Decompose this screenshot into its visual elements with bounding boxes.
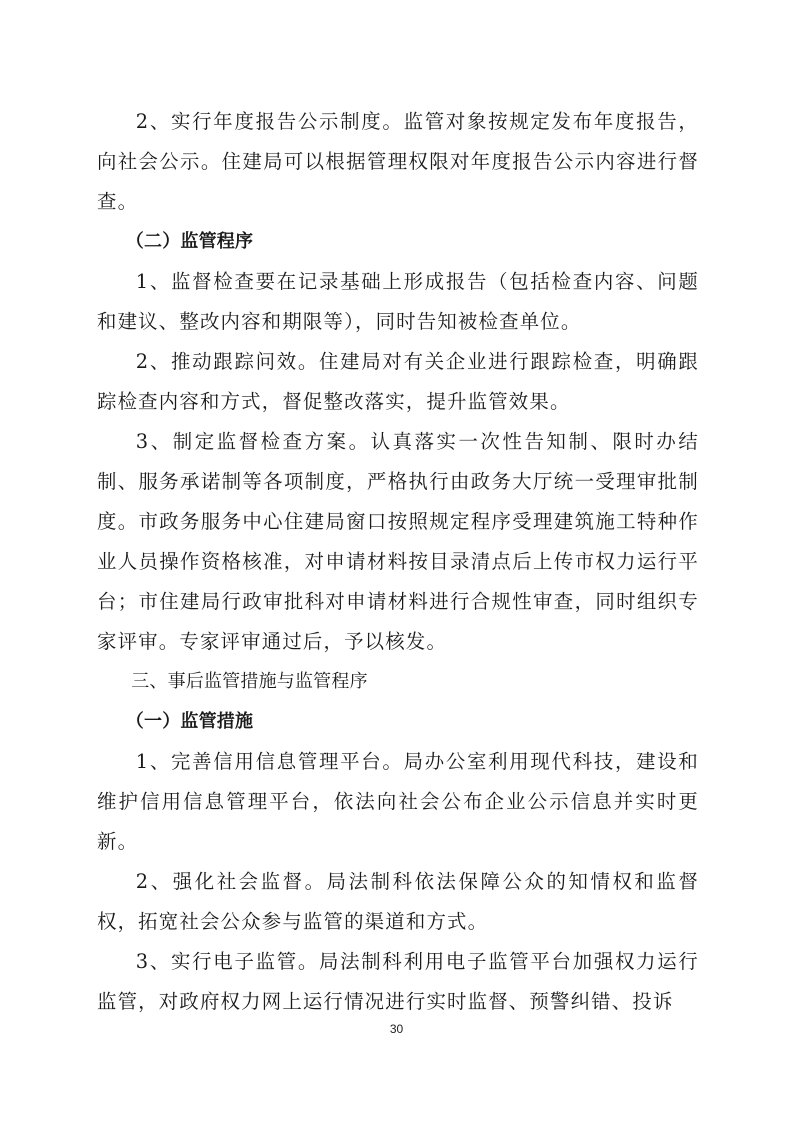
document-page: 2、实行年度报告公示制度。监管对象按规定发布年度报告，向社会公示。住建局可以根据… (97, 102, 699, 1022)
paragraph-credit-platform: 1、完善信用信息管理平台。局办公室利用现代科技，建设和维护信用信息管理平台，依法… (97, 742, 699, 862)
paragraph-annual-report: 2、实行年度报告公示制度。监管对象按规定发布年度报告，向社会公示。住建局可以根据… (97, 102, 699, 222)
heading-supervision-procedure: （二）监管程序 (97, 222, 699, 262)
paragraph-follow-up: 2、推动跟踪问效。住建局对有关企业进行跟踪检查，明确跟踪检查内容和方式，督促整改… (97, 342, 699, 422)
heading-supervision-measures: （一）监管措施 (97, 702, 699, 742)
page-number: 30 (0, 1022, 793, 1036)
paragraph-inspection-report: 1、监督检查要在记录基础上形成报告（包括检查内容、问题和建议、整改内容和期限等）… (97, 262, 699, 342)
heading-post-supervision: 三、事后监管措施与监管程序 (97, 662, 699, 702)
paragraph-social-supervision: 2、强化社会监督。局法制科依法保障公众的知情权和监督权，拓宽社会公众参与监管的渠… (97, 862, 699, 942)
paragraph-inspection-plan: 3、制定监督检查方案。认真落实一次性告知制、限时办结制、服务承诺制等各项制度，严… (97, 422, 699, 662)
paragraph-electronic-supervision: 3、实行电子监管。局法制科利用电子监管平台加强权力运行监管，对政府权力网上运行情… (97, 942, 699, 1022)
